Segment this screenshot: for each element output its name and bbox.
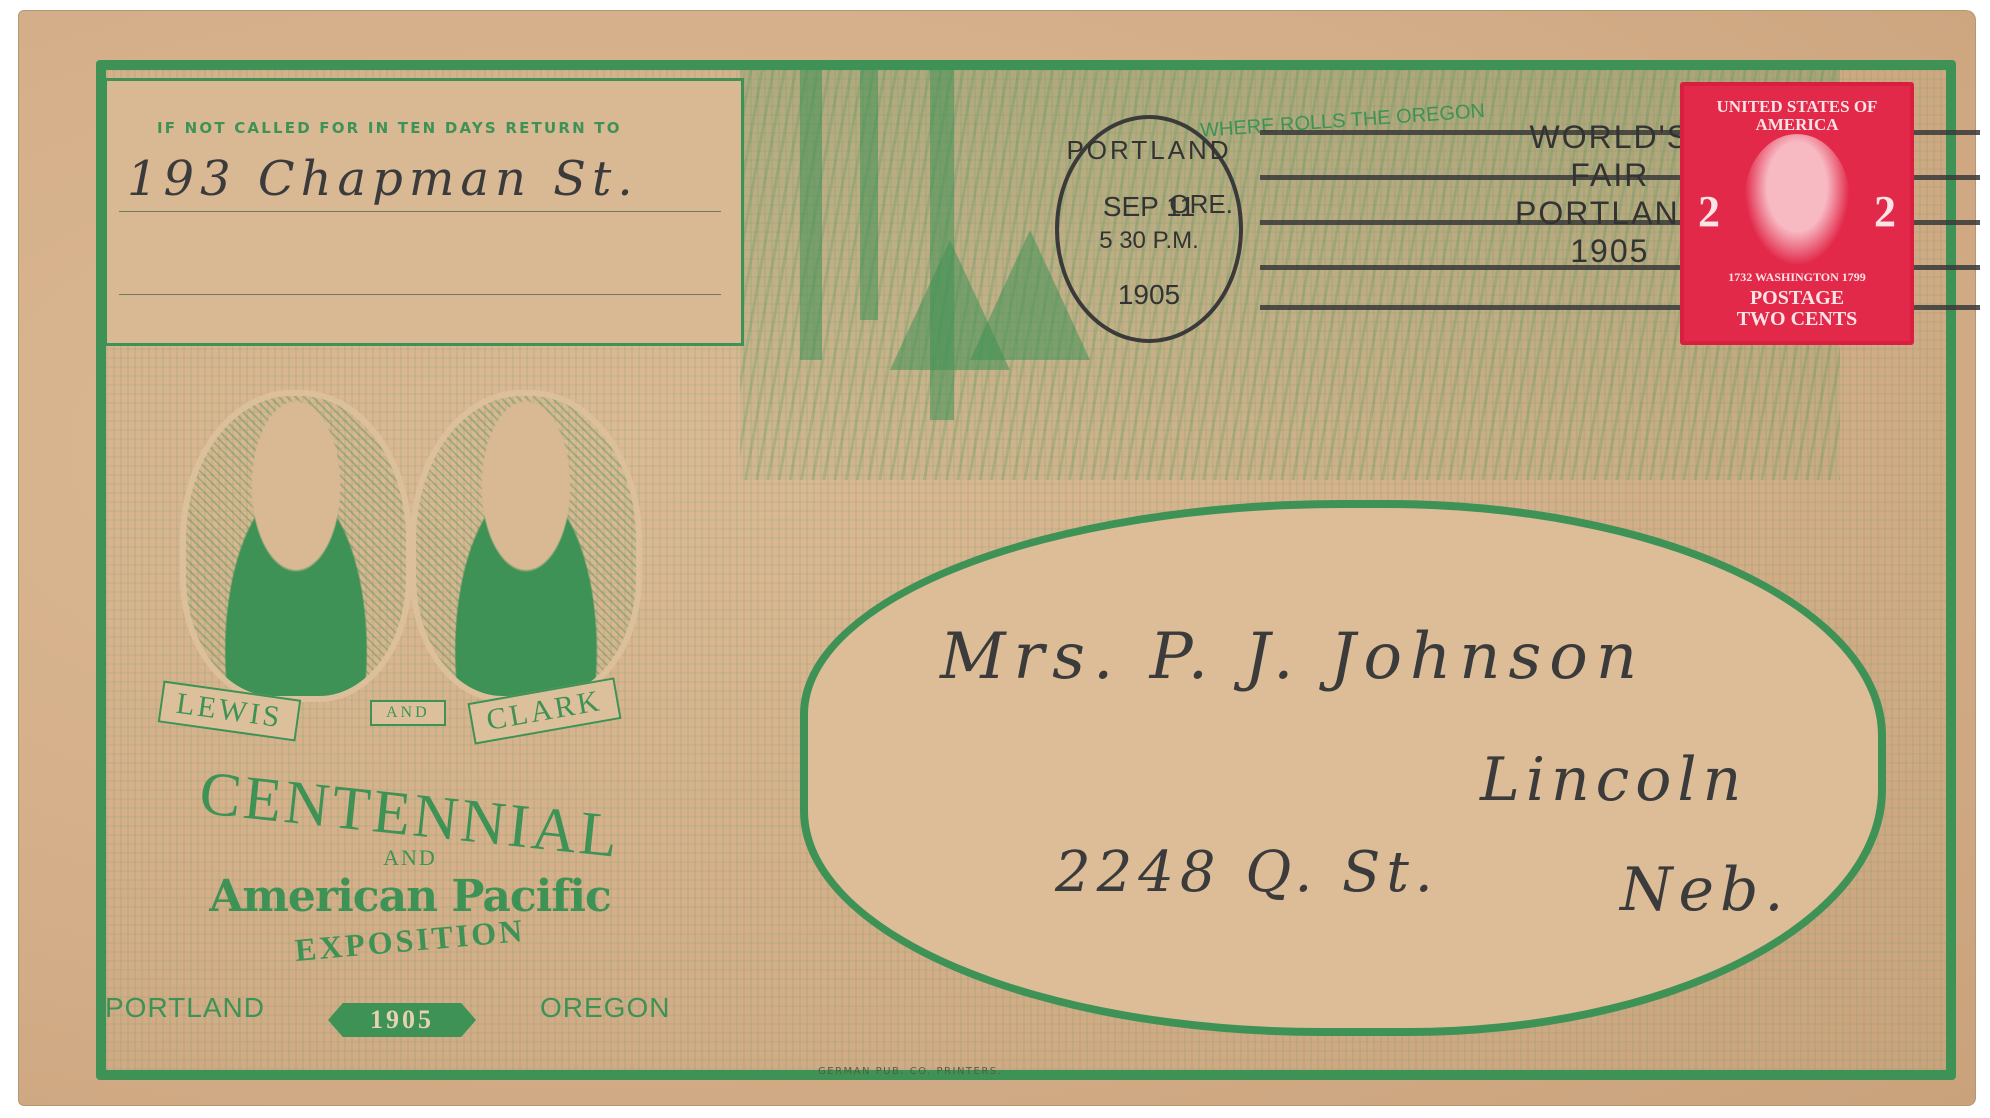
recipient-name: Mrs. P. J. Johnson [940, 620, 1645, 694]
slogan-line: PORTLAND [1515, 194, 1705, 232]
lewis-clark-portraits: LEWIS AND CLARK [160, 370, 680, 750]
washington-portrait-icon [1744, 134, 1850, 266]
clark-portrait [410, 390, 642, 702]
lewis-portrait [180, 390, 412, 702]
postage-stamp: UNITED STATES OF AMERICA 2 2 1732 WASHIN… [1680, 82, 1914, 345]
postmark-city: PORTLAND [1059, 135, 1239, 166]
year-badge: 1905 [328, 1003, 476, 1037]
slogan-line: WORLD'S [1515, 118, 1705, 156]
printer-credit: GERMAN PUB. CO. PRINTERS. [818, 1066, 1002, 1077]
recipient-street: 2248 Q. St. [1055, 840, 1439, 905]
stamp-value-left: 2 [1698, 186, 1720, 237]
place-state: OREGON [540, 992, 670, 1024]
return-address-box: IF NOT CALLED FOR IN TEN DAYS RETURN TO … [104, 78, 744, 346]
stamp-postage-label: POSTAGE [1684, 288, 1910, 308]
stamp-subject: 1732 WASHINGTON 1799 [1684, 270, 1910, 285]
recipient-state: Neb. [1620, 855, 1790, 925]
exposition-title: CENTENNIAL AND American Pacific EXPOSITI… [190, 780, 630, 959]
address-rule [119, 294, 721, 295]
place-city: PORTLAND [105, 992, 265, 1024]
return-label: IF NOT CALLED FOR IN TEN DAYS RETURN TO [157, 119, 622, 137]
stamp-value-right: 2 [1874, 186, 1896, 237]
cancel-slogan: WORLD'S FAIR PORTLAND 1905 [1515, 118, 1705, 270]
postmark-state: ORE. [1169, 189, 1233, 220]
stamp-country: UNITED STATES OF AMERICA [1684, 98, 1910, 134]
postmark: PORTLAND SEP 11 5 30 P.M. 1905 ORE. [1055, 115, 1243, 343]
stamp-denomination: TWO CENTS [1684, 308, 1910, 331]
slogan-line: FAIR [1515, 156, 1705, 194]
address-rule [119, 211, 721, 212]
postmark-year: 1905 [1059, 279, 1239, 311]
recipient-city: Lincoln [1480, 745, 1747, 815]
slogan-line: 1905 [1515, 232, 1705, 270]
postmark-time: 5 30 P.M. [1059, 227, 1239, 255]
tree-icon [800, 60, 822, 360]
banner-and: AND [370, 700, 446, 726]
return-address-handwritten: 193 Chapman St. [127, 151, 639, 207]
tree-icon [860, 60, 878, 320]
